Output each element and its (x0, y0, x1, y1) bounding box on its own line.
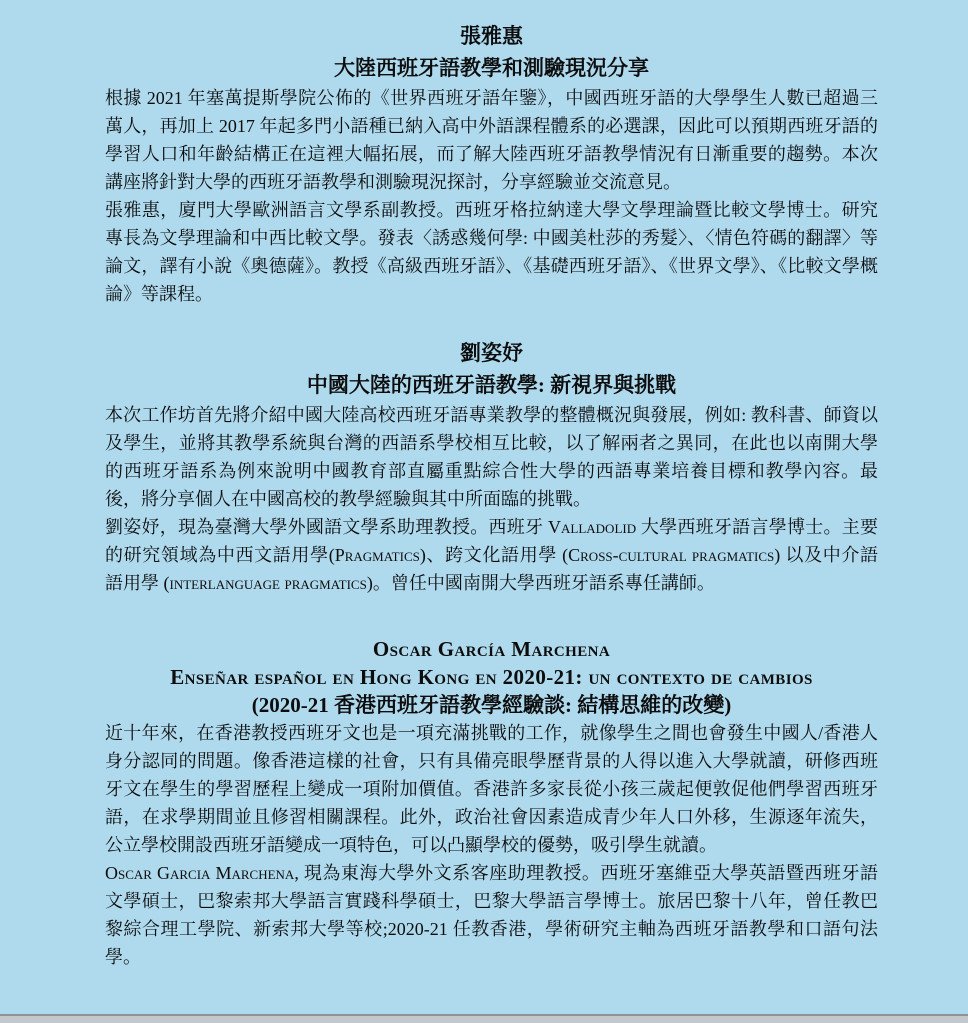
speaker-bio: 劉姿妤，現為臺灣大學外國語文學系助理教授。西班牙 Valladolid 大學西班… (105, 513, 878, 597)
speaker-bio: 張雅惠，廈門大學歐洲語言文學系副教授。西班牙格拉納達大學文學理論暨比較文學博士。… (105, 196, 878, 308)
speaker-name-heading: Oscar García Marchena (105, 635, 878, 663)
talk-abstract: 本次工作坊首先將介紹中國大陸高校西班牙語專業教學的整體概況與發展，例如: 教科書… (105, 401, 878, 513)
talk-title-heading-spanish: Enseñar español en Hong Kong en 2020-21:… (105, 663, 878, 691)
speaker-name-heading: 張雅惠 (105, 20, 878, 52)
window-bottom-edge (0, 1014, 968, 1023)
talk-title-heading-chinese: (2020-21 香港西班牙語教學經驗談: 結構思維的改變) (105, 691, 878, 719)
section-liu-ziyu: 劉姿妤 中國大陸的西班牙語教學: 新視界與挑戰 本次工作坊首先將介紹中國大陸高校… (105, 337, 878, 597)
talk-title-heading: 大陸西班牙語教學和測驗現況分享 (105, 52, 878, 84)
section-oscar-garcia-marchena: Oscar García Marchena Enseñar español en… (105, 635, 878, 971)
talk-title-heading: 中國大陸的西班牙語教學: 新視界與挑戰 (105, 369, 878, 401)
section-zhang-yahui: 張雅惠 大陸西班牙語教學和測驗現況分享 根據 2021 年塞萬提斯學院公佈的《世… (105, 20, 878, 308)
speaker-bio: Oscar Garcia Marchena, 現為東海大學外文系客座助理教授。西… (105, 859, 878, 971)
talk-abstract: 近十年來，在香港教授西班牙文也是一項充滿挑戰的工作，就像學生之間也會發生中國人/… (105, 719, 878, 859)
document-page: 張雅惠 大陸西班牙語教學和測驗現況分享 根據 2021 年塞萬提斯學院公佈的《世… (0, 0, 968, 971)
speaker-name-heading: 劉姿妤 (105, 337, 878, 369)
talk-abstract: 根據 2021 年塞萬提斯學院公佈的《世界西班牙語年鑒》，中國西班牙語的大學學生… (105, 84, 878, 196)
